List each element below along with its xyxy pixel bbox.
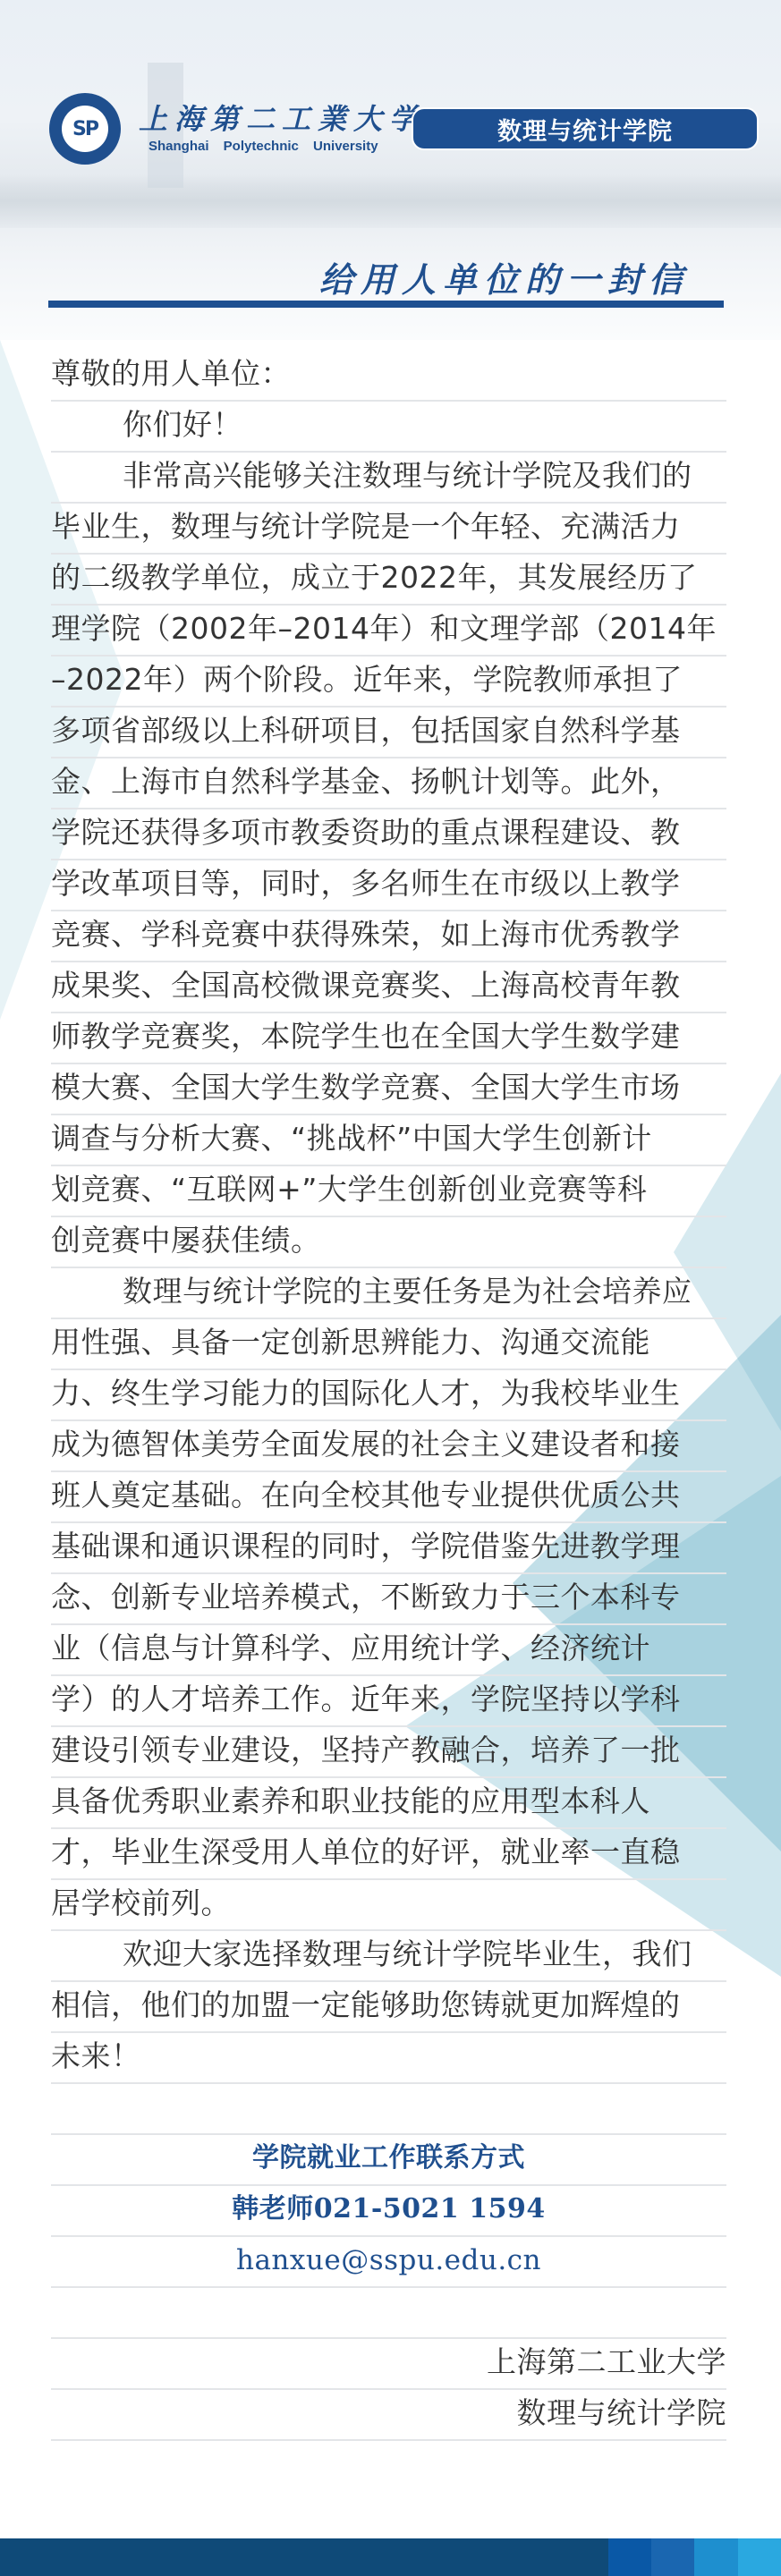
campus-treeline-haze: [0, 174, 781, 228]
signature-department: 数理与统计学院: [51, 2390, 726, 2441]
letter-line: 用性强、具备一定创新思辨能力、沟通交流能: [51, 1319, 726, 1370]
letter-line: 居学校前列。: [51, 1880, 726, 1931]
spacer-row: [51, 2288, 726, 2339]
letter-line: 毕业生，数理与统计学院是一个年轻、充满活力: [51, 504, 726, 555]
title-underline: [48, 301, 724, 308]
university-name-english: Shanghai Polytechnic University: [149, 139, 378, 154]
footer-segment: [608, 2538, 651, 2576]
letter-rows: 尊敬的用人单位：你们好！非常高兴能够关注数理与统计学院及我们的毕业生，数理与统计…: [51, 351, 726, 2135]
letter-line: 非常高兴能够关注数理与统计学院及我们的: [51, 453, 726, 504]
contact-phone: 韩老师021-5021 1594: [51, 2186, 726, 2237]
letter-line: 才，毕业生深受用人单位的好评，就业率一直稳: [51, 1829, 726, 1880]
letter-line: 学）的人才培养工作。近年来，学院坚持以学科: [51, 1676, 726, 1727]
letter-line: 念、创新专业培养模式，不断致力于三个本科专: [51, 1574, 726, 1625]
signature-university: 上海第二工业大学: [51, 2339, 726, 2390]
footer-segment: [0, 2538, 608, 2576]
letter-line: 相信，他们的加盟一定能够助您铸就更加辉煌的: [51, 1982, 726, 2033]
footer-segment: [694, 2538, 738, 2576]
university-name-chinese: 上海第二工業大学: [139, 97, 425, 138]
letter-line: 划竞赛、“互联网+”大学生创新创业竞赛等科: [51, 1166, 726, 1217]
letter-line: 成为德智体美劳全面发展的社会主义建设者和接: [51, 1421, 726, 1472]
department-badge: 数理与统计学院: [412, 107, 759, 150]
letter-line: 模大赛、全国大学生数学竞赛、全国大学生市场: [51, 1064, 726, 1115]
letter-line: 竞赛、学科竞赛中获得殊荣，如上海市优秀教学: [51, 911, 726, 962]
university-logo-icon: SP: [49, 93, 121, 165]
letter-line: 尊敬的用人单位：: [51, 351, 726, 402]
letter-line: 班人奠定基础。在向全校其他专业提供优质公共: [51, 1472, 726, 1523]
letter-line: 调查与分析大赛、“挑战杯”中国大学生创新计: [51, 1115, 726, 1166]
letter-line: 学院还获得多项市教委资助的重点课程建设、教: [51, 809, 726, 860]
letter-line: 学改革项目等，同时，多名师生在市级以上教学: [51, 860, 726, 911]
letter-line: 师教学竞赛奖，本院学生也在全国大学生数学建: [51, 1013, 726, 1064]
letter-line: 建设引领专业建设，坚持产教融合，培养了一批: [51, 1727, 726, 1778]
letter-line: 力、终生学习能力的国际化人才，为我校毕业生: [51, 1370, 726, 1421]
footer-segment: [738, 2538, 781, 2576]
letter-line: 创竞赛中屡获佳绩。: [51, 1217, 726, 1268]
letter-line: 业（信息与计算科学、应用统计学、经济统计: [51, 1625, 726, 1676]
letter-line: [51, 2084, 726, 2135]
footer-color-bar: [0, 2538, 781, 2576]
letter-line: 欢迎大家选择数理与统计学院毕业生，我们: [51, 1931, 726, 1982]
letter-line: 你们好！: [51, 402, 726, 453]
letter-line: 成果奖、全国高校微课竞赛奖、上海高校青年教: [51, 962, 726, 1013]
logo-monogram: SP: [62, 106, 108, 152]
letter-line: 理学院（2002年–2014年）和文理学部（2014年: [51, 606, 726, 657]
letter-line: 具备优秀职业素养和职业技能的应用型本科人: [51, 1778, 726, 1829]
footer-segment: [651, 2538, 694, 2576]
contact-heading: 学院就业工作联系方式: [51, 2135, 726, 2186]
letter-line: 数理与统计学院的主要任务是为社会培养应: [51, 1268, 726, 1319]
letter-line: 未来！: [51, 2033, 726, 2084]
letter-title: 给用人单位的一封信: [319, 252, 690, 301]
letter-line: 的二级教学单位，成立于2022年，其发展经历了: [51, 555, 726, 606]
letter-line: –2022年）两个阶段。近年来，学院教师承担了: [51, 657, 726, 708]
letter-body: 尊敬的用人单位：你们好！非常高兴能够关注数理与统计学院及我们的毕业生，数理与统计…: [51, 351, 726, 2441]
letter-line: 基础课和通识课程的同时，学院借鉴先进教学理: [51, 1523, 726, 1574]
letter-line: 金、上海市自然科学基金、扬帆计划等。此外，: [51, 758, 726, 809]
contact-email[interactable]: hanxue@sspu.edu.cn: [51, 2237, 726, 2288]
letter-line: 多项省部级以上科研项目，包括国家自然科学基: [51, 708, 726, 758]
